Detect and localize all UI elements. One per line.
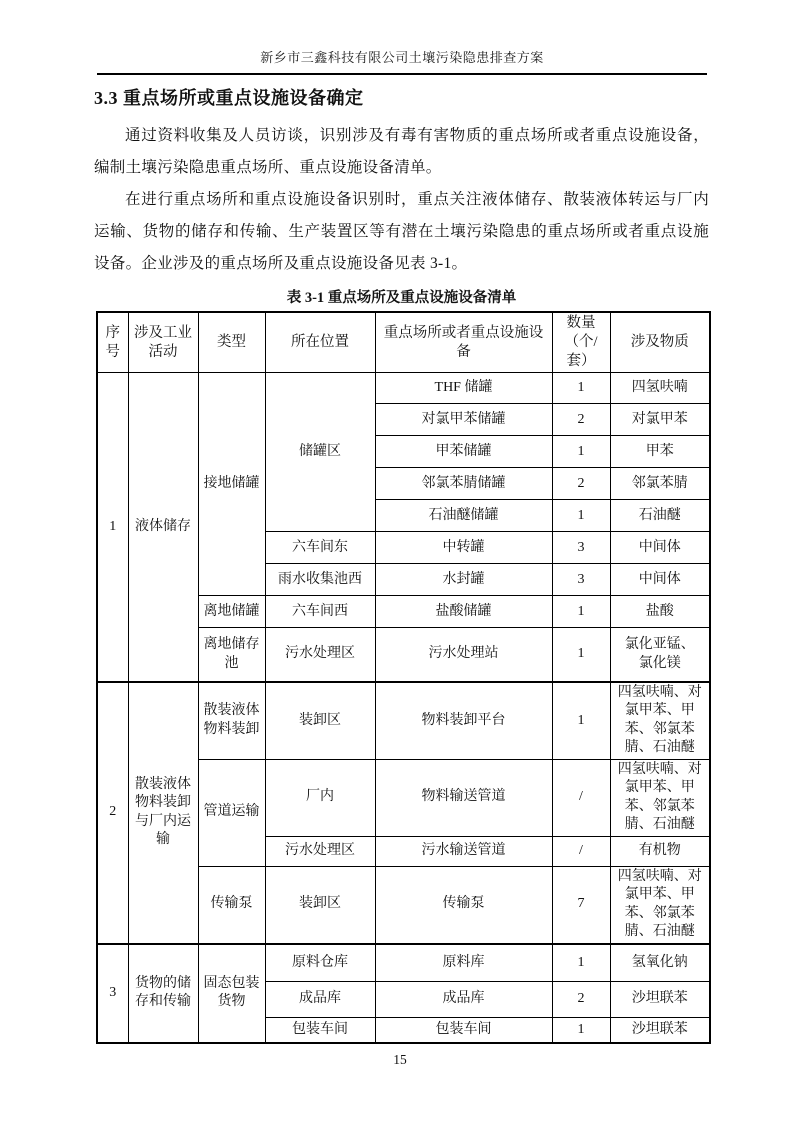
table-cell: 原料仓库 (265, 944, 375, 982)
table-caption: 表 3-1 重点场所及重点设施设备清单 (94, 286, 709, 307)
table-cell: 3 (97, 944, 128, 1043)
table-cell: 1 (97, 373, 128, 682)
table-cell: 甲苯 (610, 436, 710, 468)
table-cell: / (552, 836, 610, 866)
table-cell: 离地储存 池 (198, 628, 265, 682)
table-row: 2散装液体 物料装卸 与厂内运 输散装液体 物料装卸装卸区物料装卸平台1四氢呋喃… (97, 682, 710, 759)
table-header-row: 序号涉及工业 活动类型所在位置重点场所或者重点设施设备数量 （个/ 套）涉及物质 (97, 312, 710, 373)
table-cell: 1 (552, 628, 610, 682)
table-cell: 四氢呋喃、对 氯甲苯、甲 苯、邻氯苯 腈、石油醚 (610, 682, 710, 759)
table-cell: 3 (552, 532, 610, 564)
table-cell: 1 (552, 436, 610, 468)
table-cell: 六车间西 (265, 596, 375, 628)
table-cell: 装卸区 (265, 866, 375, 943)
table-cell: 固态包装 货物 (198, 944, 265, 1043)
table-cell: 2 (552, 404, 610, 436)
table-cell: / (552, 759, 610, 836)
table-cell: 邻氯苯腈 (610, 468, 710, 500)
table-cell: 散装液体 物料装卸 (198, 682, 265, 759)
table-cell: 7 (552, 866, 610, 943)
body-paragraph-1: 通过资料收集及人员访谈，识别涉及有毒有害物质的重点场所或者重点设施设备，编制土壤… (94, 120, 709, 184)
table-cell: 物料输送管道 (375, 759, 552, 836)
table-cell: 甲苯储罐 (375, 436, 552, 468)
table-cell: 成品库 (265, 982, 375, 1018)
table-cell: 管道运输 (198, 759, 265, 866)
table-header-cell: 类型 (198, 312, 265, 373)
table-cell: 氯化亚锰、 氯化镁 (610, 628, 710, 682)
main-table: 序号涉及工业 活动类型所在位置重点场所或者重点设施设备数量 （个/ 套）涉及物质… (96, 311, 711, 1044)
table-cell: 物料装卸平台 (375, 682, 552, 759)
table-cell: 雨水收集池西 (265, 564, 375, 596)
header-rule (97, 73, 707, 75)
table-cell: 货物的储 存和传输 (128, 944, 198, 1043)
table-cell: 成品库 (375, 982, 552, 1018)
table-cell: 污水处理区 (265, 628, 375, 682)
table-cell: 有机物 (610, 836, 710, 866)
table-header-cell: 涉及工业 活动 (128, 312, 198, 373)
table-cell: 四氢呋喃 (610, 373, 710, 404)
table-cell: 原料库 (375, 944, 552, 982)
table-cell: 六车间东 (265, 532, 375, 564)
table-cell: 四氢呋喃、对 氯甲苯、甲 苯、邻氯苯 腈、石油醚 (610, 759, 710, 836)
table-cell: 1 (552, 682, 610, 759)
document-header-title: 新乡市三鑫科技有限公司土壤污染隐患排查方案 (97, 47, 707, 66)
page-content: 3.3 重点场所或重点设施设备确定 通过资料收集及人员访谈，识别涉及有毒有害物质… (94, 84, 709, 1044)
table-cell: 储罐区 (265, 373, 375, 532)
table-cell: 沙坦联苯 (610, 982, 710, 1018)
table-cell: 1 (552, 500, 610, 532)
table-cell: 石油醚储罐 (375, 500, 552, 532)
table-cell: THF 储罐 (375, 373, 552, 404)
table-cell: 1 (552, 373, 610, 404)
table-cell: 污水处理区 (265, 836, 375, 866)
page-number: 15 (0, 1052, 800, 1068)
table-cell: 装卸区 (265, 682, 375, 759)
table-cell: 污水输送管道 (375, 836, 552, 866)
table-header-cell: 涉及物质 (610, 312, 710, 373)
table-cell: 厂内 (265, 759, 375, 836)
table-cell: 1 (552, 596, 610, 628)
table-cell: 包装车间 (265, 1018, 375, 1043)
table-cell: 对氯甲苯储罐 (375, 404, 552, 436)
table-cell: 包装车间 (375, 1018, 552, 1043)
table-cell: 中间体 (610, 532, 710, 564)
table-cell: 对氯甲苯 (610, 404, 710, 436)
table-cell: 散装液体 物料装卸 与厂内运 输 (128, 682, 198, 944)
document-page: 新乡市三鑫科技有限公司土壤污染隐患排查方案 3.3 重点场所或重点设施设备确定 … (0, 0, 800, 1131)
table-row: 1液体储存接地储罐储罐区THF 储罐1四氢呋喃 (97, 373, 710, 404)
body-paragraph-2: 在进行重点场所和重点设施设备识别时，重点关注液体储存、散装液体转运与厂内运输、货… (94, 184, 709, 280)
table-cell: 沙坦联苯 (610, 1018, 710, 1043)
table-cell: 1 (552, 944, 610, 982)
table-cell: 盐酸 (610, 596, 710, 628)
table-cell: 盐酸储罐 (375, 596, 552, 628)
table-cell: 邻氯苯腈储罐 (375, 468, 552, 500)
table-cell: 中转罐 (375, 532, 552, 564)
table-header-cell: 重点场所或者重点设施设备 (375, 312, 552, 373)
table-header-cell: 序号 (97, 312, 128, 373)
section-heading: 3.3 重点场所或重点设施设备确定 (94, 84, 709, 110)
table-row: 3货物的储 存和传输固态包装 货物原料仓库原料库1氢氧化钠 (97, 944, 710, 982)
table-cell: 液体储存 (128, 373, 198, 682)
table-cell: 2 (552, 468, 610, 500)
table-cell: 传输泵 (375, 866, 552, 943)
table-cell: 中间体 (610, 564, 710, 596)
table-cell: 石油醚 (610, 500, 710, 532)
table-cell: 接地储罐 (198, 373, 265, 596)
table-cell: 1 (552, 1018, 610, 1043)
table-cell: 水封罐 (375, 564, 552, 596)
table-cell: 2 (97, 682, 128, 944)
table-body: 1液体储存接地储罐储罐区THF 储罐1四氢呋喃对氯甲苯储罐2对氯甲苯甲苯储罐1甲… (97, 373, 710, 1043)
table-cell: 2 (552, 982, 610, 1018)
table-cell: 四氢呋喃、对 氯甲苯、甲 苯、邻氯苯 腈、石油醚 (610, 866, 710, 943)
table-cell: 传输泵 (198, 866, 265, 943)
table-cell: 污水处理站 (375, 628, 552, 682)
table-cell: 氢氧化钠 (610, 944, 710, 982)
table-header-cell: 数量 （个/ 套） (552, 312, 610, 373)
table-header-cell: 所在位置 (265, 312, 375, 373)
table-cell: 3 (552, 564, 610, 596)
table-cell: 离地储罐 (198, 596, 265, 628)
